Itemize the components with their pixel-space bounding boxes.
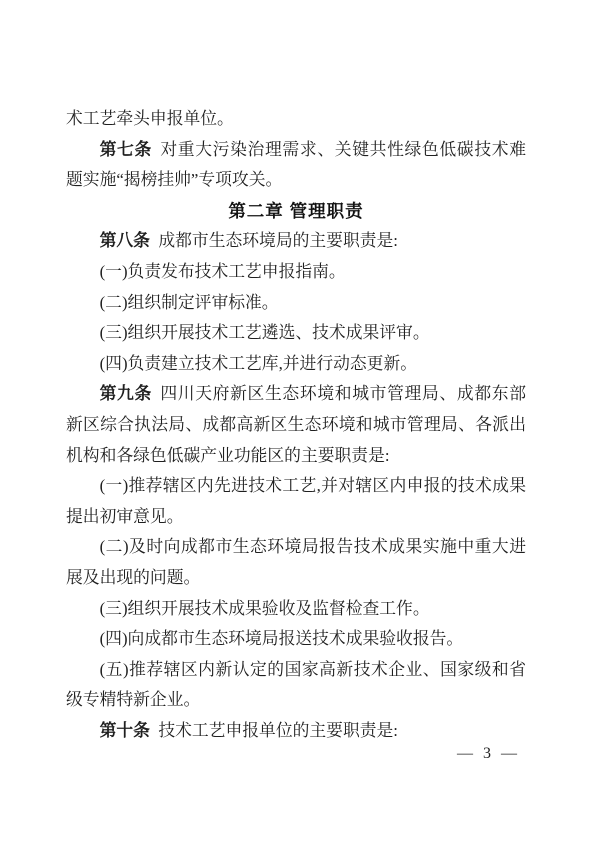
article-9-item-1: (一)推荐辖区内先进技术工艺,并对辖区内申报的技术成果提出初审意见。 xyxy=(66,471,526,532)
page-number: — 3 — xyxy=(457,745,520,763)
article-9-item-2: (二)及时向成都市生态环境局报告技术成果实施中重大进展及出现的问题。 xyxy=(66,532,526,593)
article-9-item-4: (四)向成都市生态环境局报送技术成果验收报告。 xyxy=(66,624,526,655)
article-8-label: 第八条 xyxy=(100,231,150,250)
article-8-item-3: (三)组织开展技术工艺遴选、技术成果评审。 xyxy=(66,318,526,349)
article-8-item-1: (一)负责发布技术工艺申报指南。 xyxy=(66,257,526,288)
document-body: 术工艺牵头申报单位。 第七条对重大污染治理需求、关键共性绿色低碳技术难题实施“揭… xyxy=(66,104,526,746)
article-8-text: 成都市生态环境局的主要职责是: xyxy=(158,231,398,250)
document-page: 术工艺牵头申报单位。 第七条对重大污染治理需求、关键共性绿色低碳技术难题实施“揭… xyxy=(0,0,600,848)
article-10-label: 第十条 xyxy=(100,721,150,740)
article-9-item-3: (三)组织开展技术成果验收及监督检查工作。 xyxy=(66,594,526,625)
article-10-paragraph: 第十条技术工艺申报单位的主要职责是: xyxy=(66,716,526,747)
article-7-label: 第七条 xyxy=(100,140,152,159)
article-8-paragraph: 第八条成都市生态环境局的主要职责是: xyxy=(66,226,526,257)
article-8-item-2: (二)组织制定评审标准。 xyxy=(66,288,526,319)
article-10-text: 技术工艺申报单位的主要职责是: xyxy=(158,721,398,740)
article-9-label: 第九条 xyxy=(100,384,152,403)
article-9-item-5: (五)推荐辖区内新认定的国家高新技术企业、国家级和省级专精特新企业。 xyxy=(66,655,526,716)
article-7-paragraph: 第七条对重大污染治理需求、关键共性绿色低碳技术难题实施“揭榜挂帅”专项攻关。 xyxy=(66,135,526,196)
paragraph-continuation: 术工艺牵头申报单位。 xyxy=(66,104,526,135)
article-9-paragraph: 第九条四川天府新区生态环境和城市管理局、成都东部新区综合执法局、成都高新区生态环… xyxy=(66,379,526,471)
article-8-item-4: (四)负责建立技术工艺库,并进行动态更新。 xyxy=(66,349,526,380)
chapter-2-heading: 第二章 管理职责 xyxy=(66,196,526,227)
